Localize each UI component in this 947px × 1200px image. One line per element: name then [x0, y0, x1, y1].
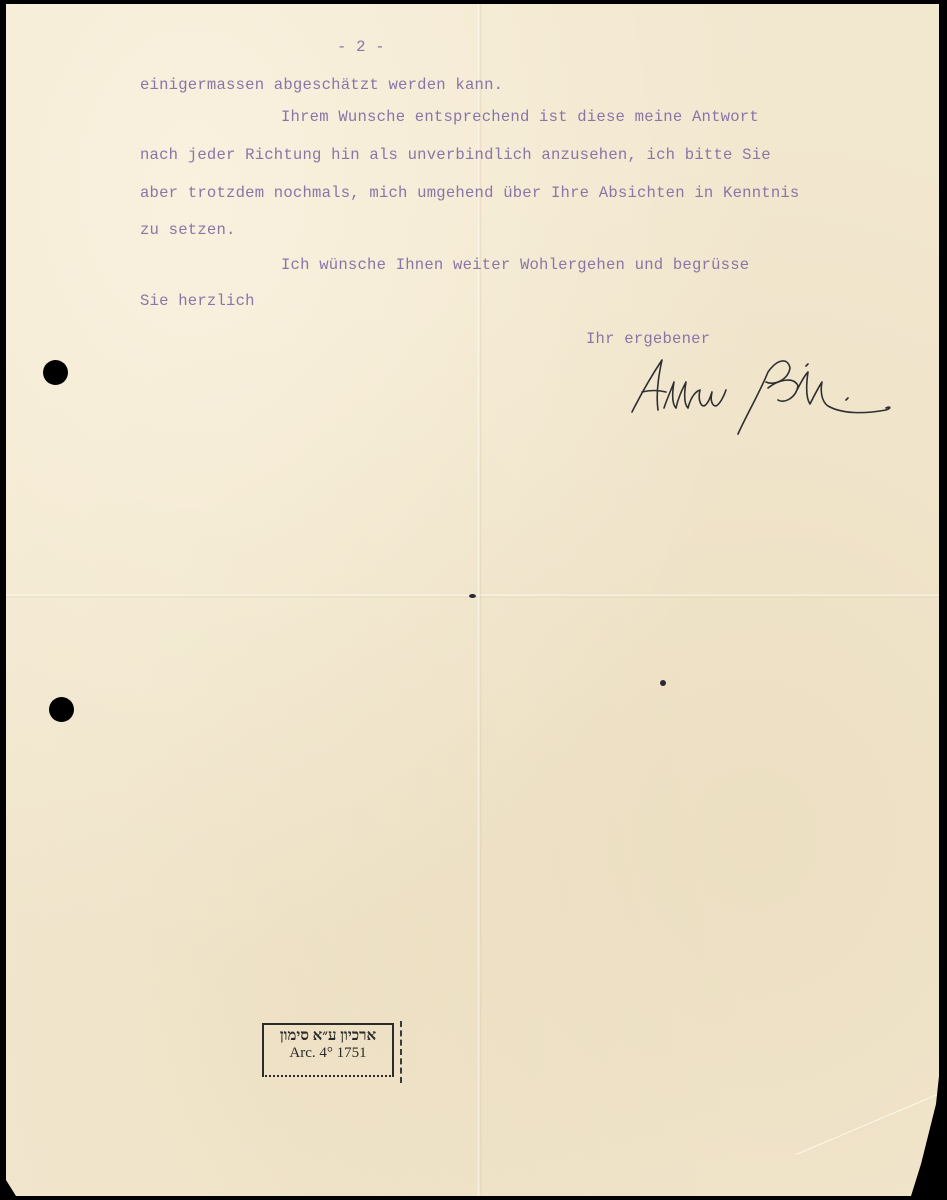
ink-speck — [469, 594, 476, 598]
punch-hole-bottom — [49, 697, 74, 722]
body-line: einigermassen abgeschätzt werden kann. — [140, 78, 503, 94]
body-line: Ihrem Wunsche entsprechend ist diese mei… — [281, 110, 759, 126]
stamp-archive-number: Arc. 4° 1751 — [264, 1045, 392, 1062]
punch-hole-top — [43, 360, 68, 385]
handwritten-signature — [628, 352, 893, 442]
archive-stamp: ארכיון ע״א סימון Arc. 4° 1751 — [262, 1023, 394, 1077]
body-line: nach jeder Richtung hin als unverbindlic… — [140, 148, 771, 164]
closing-line: Ihr ergebener — [586, 332, 710, 348]
stamp-hebrew-label: ארכיון ע״א סימון — [264, 1028, 392, 1045]
corner-crease — [796, 1091, 944, 1154]
body-line: Sie herzlich — [140, 294, 255, 310]
stamp-edge — [400, 1021, 404, 1083]
body-line: zu setzen. — [140, 223, 236, 239]
ink-speck — [660, 680, 666, 686]
body-line: aber trotzdem nochmals, mich umgehend üb… — [140, 186, 800, 202]
body-line: Ich wünsche Ihnen weiter Wohlergehen und… — [281, 258, 749, 274]
vertical-fold-crease — [477, 4, 482, 1196]
letter-page — [6, 4, 939, 1196]
page-number: - 2 - — [337, 40, 385, 56]
